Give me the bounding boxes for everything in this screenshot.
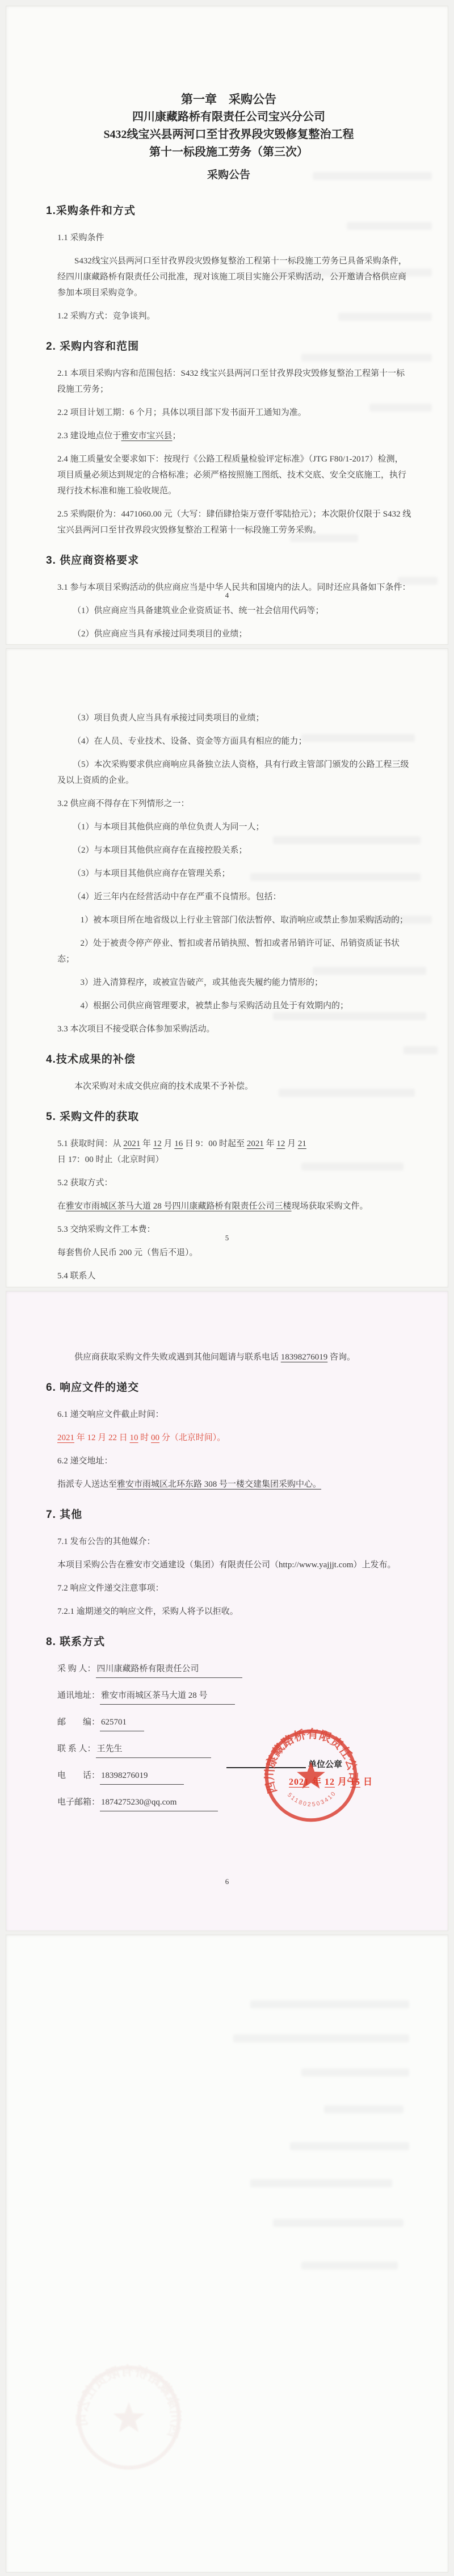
underlined-text: 12: [153, 1139, 162, 1148]
clause-6-1: 6.1 递交响应文件截止时间：: [57, 1407, 411, 1423]
contact-value: 1874275230@qq.com: [100, 1794, 218, 1811]
section-heading-5: 5. 采购文件的获取: [46, 1108, 411, 1123]
clause-1-1-paragraph: S432线宝兴县两河口至甘孜界段灾毁修复整治工程第十一标段施工劳务已具备采购条件…: [57, 253, 411, 301]
clause-2-4: 2.4 施工质量安全要求如下：按现行《公路工程质量检验评定标准》（JTG F80…: [57, 451, 411, 499]
clause-2-2: 2.2 项目计划工期：6 个月；具体以项目部下发书面开工通知为准。: [57, 405, 411, 421]
text-segment: 供应商获取采购文件失败或遇到其他问题请与联系电话: [74, 1353, 281, 1362]
underlined-text: 雅安市雨城区北环东路 308 号一楼交建集团采购中心。: [117, 1480, 321, 1489]
text-segment: 日 9：00 时起至: [183, 1139, 247, 1148]
text-segment: 年 12 月 22 日: [74, 1433, 130, 1442]
contact-row: 通讯地址：雅安市雨城区茶马大道 28 号: [57, 1688, 411, 1705]
contact-label: 采 购 人：: [57, 1664, 96, 1673]
underlined-text: 2021: [247, 1139, 264, 1148]
scanned-document: 第一章 采购公告 四川康藏路桥有限责任公司宝兴分公司 S432线宝兴县两河口至甘…: [0, 0, 454, 2573]
underlined-text: 10: [130, 1433, 138, 1442]
clause-5-2-address: 在雅安市雨城区茶马大道 28 号四川康藏路桥有限责任公司三楼现场获取采购文件。: [57, 1198, 411, 1214]
clause-3-2: 3.2 供应商不得存在下列情形之一：: [57, 796, 411, 812]
list-item: （1）与本项目其他供应商的单位负责人为同一人；: [57, 819, 411, 835]
contact-label: 电 话：: [57, 1771, 100, 1780]
title-project: S432线宝兴县两河口至甘孜界段灾毁修复整治工程: [46, 126, 411, 144]
clause-3-3: 3.3 本次项目不接受联合体参加采购活动。: [57, 1021, 411, 1037]
text-segment: 在: [57, 1202, 66, 1211]
section-heading-7: 7. 其他: [46, 1506, 411, 1521]
contact-label: 联 系 人：: [57, 1744, 96, 1753]
clause-7-1: 7.1 发布公告的其他媒介：: [57, 1534, 411, 1550]
underlined-text: 2021: [289, 1777, 309, 1787]
clause-4-paragraph: 本次采购对未成交供应商的技术成果不予补偿。: [57, 1079, 411, 1094]
bleed-through-ghost: [233, 2034, 409, 2042]
clause-5-4: 5.4 联系人: [57, 1268, 411, 1284]
list-item: （2）供应商应当具有承接过同类项目的业绩；: [57, 626, 411, 642]
clause-5-5-phone: 供应商获取采购文件失败或遇到其他问题请与联系电话 18398276019 咨询。: [57, 1349, 411, 1365]
section-heading-8: 8. 联系方式: [46, 1633, 411, 1648]
clause-6-1-deadline: 2021 年 12 月 22 日 10 时 00 分（北京时间）。: [57, 1430, 411, 1446]
text-segment: 5.1 获取时间：从: [57, 1139, 123, 1148]
text-segment: 月: [162, 1139, 175, 1148]
text-segment: 分（北京时间）。: [159, 1433, 225, 1442]
clause-7-2-1: 7.2.1 逾期递交的响应文件，采购人将予以拒收。: [57, 1604, 411, 1620]
list-item: （4）近三年内在经营活动中存在严重不良情形。包括：: [57, 889, 411, 905]
page-number: 4: [6, 591, 448, 600]
underlined-text: 2021: [123, 1139, 140, 1148]
list-item: （3）项目负责人应当具有承接过同类项目的业绩；: [57, 710, 411, 726]
text-segment: 现场获取采购文件。: [292, 1202, 368, 1211]
sub-list-item: 3）进入清算程序，或被宣告破产，或其他丧失履约能力情形的；: [57, 975, 411, 991]
contact-value: 雅安市雨城区茶马大道 28 号: [100, 1688, 235, 1705]
text-segment: 月: [335, 1777, 350, 1787]
clause-1-1: 1.1 采购条件: [57, 230, 411, 246]
bleed-through-ghost: [290, 2142, 409, 2150]
ghost-seal: 四川康藏路桥有限责任公司: [73, 2362, 184, 2473]
bleed-through-ghost: [250, 2179, 392, 2187]
underlined-text: 12: [325, 1777, 335, 1787]
sub-list-item: 1）被本项目所在地省级以上行业主管部门依法暂停、取消响应或禁止参加采购活动的；: [57, 912, 411, 928]
underlined-text: 12: [276, 1139, 285, 1148]
chapter-heading: 第一章 采购公告: [46, 90, 411, 108]
text-segment: 咨询。: [327, 1353, 355, 1362]
contact-label: 通讯地址：: [57, 1691, 100, 1700]
contact-value: 王先生: [96, 1741, 211, 1758]
underlined-text: 雅安市雨城区茶马大道 28 号四川康藏路桥有限责任公司三楼: [66, 1202, 292, 1211]
text-segment: 指派专人送达至: [57, 1480, 117, 1489]
text-segment: 年: [309, 1777, 325, 1787]
list-item: （5）本次采购要求供应商响应具备独立法人资格，具有行政主管部门颁发的公路工程三级…: [57, 757, 411, 788]
sub-list-item: 2）处于被责令停产停业、暂扣或者吊销执照、暂扣或者吊销许可证、吊销资质证书状态；: [57, 935, 411, 967]
text-segment: 年: [264, 1139, 277, 1148]
page-2: （3）项目负责人应当具有承接过同类项目的业绩； （4）在人员、专业技术、设备、资…: [6, 648, 448, 1287]
section-heading-4: 4.技术成果的补偿: [46, 1051, 411, 1066]
contact-row: 采 购 人：四川康藏路桥有限责任公司: [57, 1661, 411, 1678]
contact-value: 四川康藏路桥有限责任公司: [96, 1661, 242, 1678]
bleed-through-ghost: [324, 2105, 403, 2113]
contact-label: 电子邮箱：: [57, 1798, 100, 1807]
clause-5-3-paragraph: 每套售价人民币 200 元（售后不退）。: [57, 1245, 411, 1261]
page-1: 第一章 采购公告 四川康藏路桥有限责任公司宝兴分公司 S432线宝兴县两河口至甘…: [6, 6, 448, 645]
contact-label: 邮 编：: [57, 1718, 100, 1727]
text-segment: 2.3 建设地点位于: [57, 431, 121, 440]
text-segment: 日 17：00 时止（北京时间）: [57, 1155, 164, 1164]
sub-list-item: 4）根据公司供应商管理要求，被禁止参与采购活动且处于有效期内的；: [57, 998, 411, 1014]
text-segment: 时: [138, 1433, 152, 1442]
underlined-text: 18398276019: [281, 1353, 328, 1362]
contact-value: 18398276019: [100, 1768, 184, 1785]
list-item: （2）与本项目其他供应商存在直接控股关系；: [57, 842, 411, 858]
list-item: （4）在人员、专业技术、设备、资金等方面具有相应的能力；: [57, 733, 411, 749]
bleed-through-ghost: [301, 2262, 398, 2269]
list-item: （1）供应商应当具备建筑业企业资质证书、统一社会信用代码等；: [57, 603, 411, 619]
title-section: 第十一标段施工劳务（第三次）: [46, 144, 411, 161]
section-heading-3: 3. 供应商资格要求: [46, 552, 411, 567]
text-segment: 年: [140, 1139, 153, 1148]
bleed-through-ghost: [301, 2069, 409, 2076]
clause-5-1: 5.1 获取时间：从 2021 年 12 月 16 日 9：00 时起至 202…: [57, 1136, 411, 1168]
clause-5-2: 5.2 获取方式：: [57, 1175, 411, 1191]
text-segment: 日: [360, 1777, 373, 1787]
underlined-text: 15: [350, 1777, 360, 1787]
clause-1-2: 1.2 采购方式：竞争谈判。: [57, 308, 411, 324]
text-segment: 月: [285, 1139, 298, 1148]
section-heading-2: 2. 采购内容和范围: [46, 338, 411, 353]
clause-7-1-paragraph: 本项目采购公告在雅安市交通建设（集团）有限责任公司（http://www.yaj…: [57, 1557, 411, 1573]
section-heading-6: 6. 响应文件的递交: [46, 1379, 411, 1394]
page-4: 四川康藏路桥有限责任公司: [6, 1935, 448, 2573]
text-segment: ；: [173, 431, 181, 440]
clause-2-5: 2.5 采购限价为：4471060.00 元（大写：肆佰肆拾柒万壹仟零陆拾元）；…: [57, 506, 411, 538]
clause-2-3: 2.3 建设地点位于雅安市宝兴县；: [57, 428, 411, 444]
stamp-date: 2021 年 12 月 15 日: [289, 1774, 373, 1788]
underlined-text: 雅安市宝兴县: [121, 431, 173, 440]
title-company: 四川康藏路桥有限责任公司宝兴分公司: [46, 108, 411, 126]
page-3: 供应商获取采购文件失败或遇到其他问题请与联系电话 18398276019 咨询。…: [6, 1291, 448, 1931]
clause-2-1: 2.1 本项目采购内容和范围包括：S432 线宝兴县两河口至甘孜界段灾毁修复整治…: [57, 366, 411, 397]
bleed-through-ghost: [273, 2219, 403, 2227]
page-number: 6: [6, 1877, 448, 1886]
underlined-text: 2021: [57, 1433, 74, 1442]
svg-text:四川康藏路桥有限责任公司: 四川康藏路桥有限责任公司: [74, 2363, 183, 2439]
underlined-text: 16: [174, 1139, 183, 1148]
clause-7-2: 7.2 响应文件递交注意事项：: [57, 1580, 411, 1596]
contact-value: 625701: [100, 1714, 144, 1731]
title-block: 第一章 采购公告 四川康藏路桥有限责任公司宝兴分公司 S432线宝兴县两河口至甘…: [46, 6, 411, 185]
page-number: 5: [6, 1234, 448, 1243]
doc-subtitle: 采购公告: [46, 166, 411, 185]
clause-6-2-address: 指派专人送达至雅安市雨城区北环东路 308 号一楼交建集团采购中心。: [57, 1476, 411, 1492]
clause-6-2: 6.2 递交地址：: [57, 1453, 411, 1469]
underlined-text: 21: [298, 1139, 306, 1148]
bleed-through-ghost: [250, 2000, 409, 2008]
list-item: （3）与本项目其他供应商存在管理关系；: [57, 866, 411, 882]
section-heading-1: 1.采购条件和方式: [46, 202, 411, 217]
underlined-text: 00: [151, 1433, 159, 1442]
